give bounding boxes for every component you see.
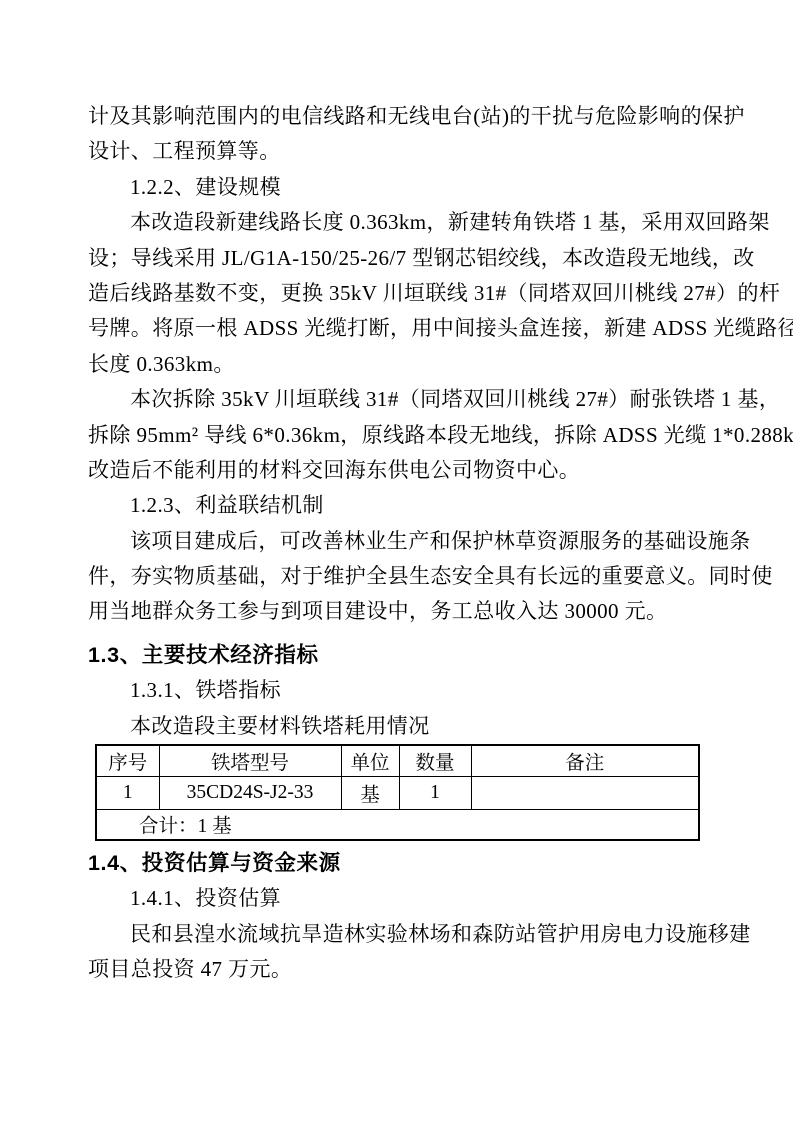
table-footer-row: 合计：1 基 (96, 809, 699, 840)
body-line: 长度 0.363km。 (88, 347, 711, 382)
body-line: 设；导线采用 JL/G1A-150/25-26/7 型钢芯铝绞线，本改造段无地线… (88, 241, 711, 276)
table-header-row: 序号 铁塔型号 单位 数量 备注 (96, 745, 699, 776)
table-cell-unit: 基 (341, 776, 399, 809)
table-header-cell: 单位 (341, 745, 399, 776)
body-line: 用当地群众务工参与到项目建设中，务工总收入达 30000 元。 (88, 594, 711, 629)
section-heading-1-4-1: 1.4.1、投资估算 (88, 881, 711, 916)
body-line: 拆除 95mm² 导线 6*0.36km，原线路本段无地线，拆除 ADSS 光缆… (88, 418, 711, 453)
document-page: 计及其影响范围内的电信线路和无线电台(站)的干扰与危险影响的保护 设计、工程预算… (0, 0, 793, 1122)
body-line: 设计、工程预算等。 (88, 134, 711, 169)
table-cell-tower-model: 35CD24S-J2-33 (159, 776, 341, 809)
table-row: 1 35CD24S-J2-33 基 1 (96, 776, 699, 809)
body-line: 计及其影响范围内的电信线路和无线电台(站)的干扰与危险影响的保护 (88, 99, 711, 134)
section-heading-1-3-1: 1.3.1、铁塔指标 (88, 673, 711, 708)
body-line: 号牌。将原一根 ADSS 光缆打断，用中间接头盒连接，新建 ADSS 光缆路径 (88, 311, 711, 346)
table-header-cell: 备注 (471, 745, 699, 776)
table-cell-seq: 1 (96, 776, 159, 809)
table-header-cell: 数量 (399, 745, 471, 776)
section-heading-1-3: 1.3、主要技术经济指标 (88, 638, 711, 673)
tower-materials-table: 序号 铁塔型号 单位 数量 备注 1 35CD24S-J2-33 基 1 合计：… (95, 744, 700, 841)
table-caption: 本改造段主要材料铁塔耗用情况 (88, 709, 711, 744)
section-heading-1-4: 1.4、投资估算与资金来源 (88, 846, 711, 881)
table-cell-remark (471, 776, 699, 809)
table-header-cell: 铁塔型号 (159, 745, 341, 776)
body-line: 造后线路基数不变，更换 35kV 川垣联线 31#（同塔双回川桃线 27#）的杆 (88, 276, 711, 311)
body-line: 项目总投资 47 万元。 (88, 952, 711, 987)
table-total-cell: 合计：1 基 (96, 809, 699, 840)
table-cell-quantity: 1 (399, 776, 471, 809)
body-line: 该项目建成后，可改善林业生产和保护林草资源服务的基础设施条 (88, 524, 711, 559)
section-heading-1-2-2: 1.2.2、建设规模 (88, 170, 711, 205)
body-line: 民和县湟水流域抗旱造林实验林场和森防站管护用房电力设施移建 (88, 917, 711, 952)
document-body: 计及其影响范围内的电信线路和无线电台(站)的干扰与危险影响的保护 设计、工程预算… (88, 99, 711, 988)
body-line: 本次拆除 35kV 川垣联线 31#（同塔双回川桃线 27#）耐张铁塔 1 基， (88, 382, 711, 417)
table-header-cell: 序号 (96, 745, 159, 776)
body-line: 件，夯实物质基础，对于维护全县生态安全具有长远的重要意义。同时使 (88, 559, 711, 594)
section-heading-1-2-3: 1.2.3、利益联结机制 (88, 488, 711, 523)
body-line: 本改造段新建线路长度 0.363km，新建转角铁塔 1 基，采用双回路架 (88, 205, 711, 240)
body-line: 改造后不能利用的材料交回海东供电公司物资中心。 (88, 453, 711, 488)
